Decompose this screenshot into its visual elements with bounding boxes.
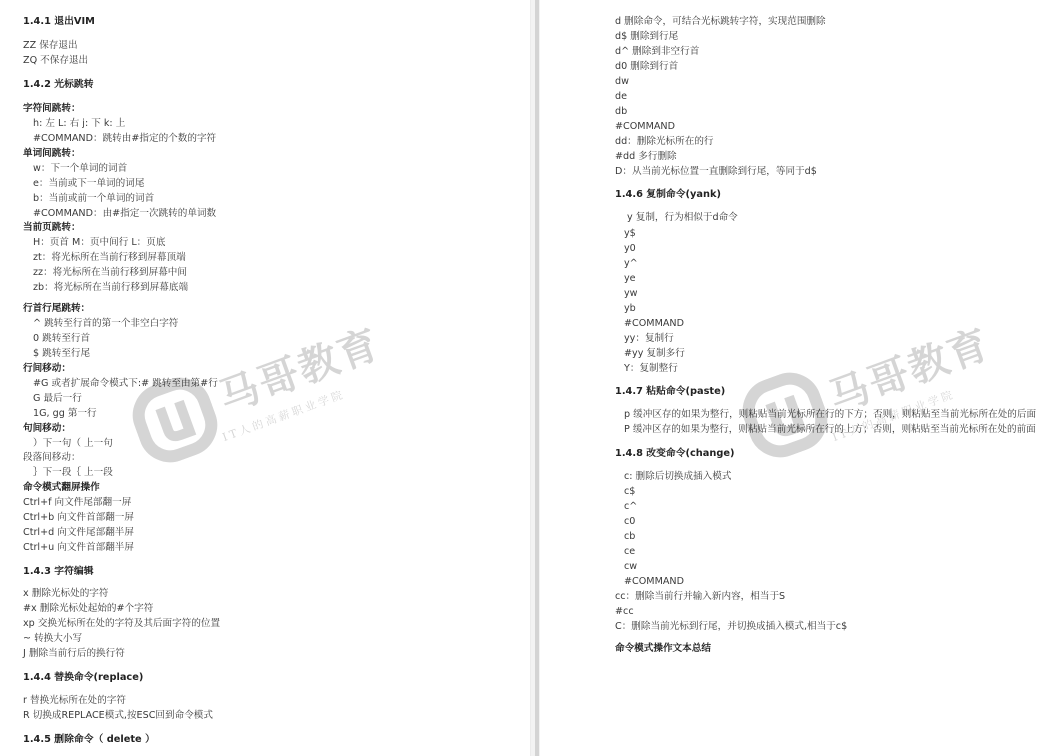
section-heading: 1.4.6 复制命令(yank) <box>615 189 721 201</box>
text-line: yw <box>624 288 638 300</box>
text-line: #x 删除光标处起始的#个字符 <box>23 603 153 615</box>
text-line: c$ <box>624 486 635 498</box>
text-line: d0 删除到行首 <box>615 61 678 73</box>
text-line: #dd 多行删除 <box>615 151 677 163</box>
text-line: zz：将光标所在当前行移到屏幕中间 <box>33 267 187 279</box>
text-line: #COMMAND <box>624 318 684 330</box>
text-line: zt：将光标所在当前行移到屏幕顶端 <box>33 252 186 264</box>
text-line: y$ <box>624 228 636 240</box>
text-line: w：下一个单词的词首 <box>33 163 127 175</box>
watermark-brand: 马哥教育 <box>210 313 387 424</box>
text-line: cb <box>624 531 635 543</box>
watermark: 马哥教育 IT人的高薪职业学院 <box>755 330 1035 470</box>
text-line: d^ 删除到非空行首 <box>615 46 699 58</box>
watermark: 马哥教育 IT人的高薪职业学院 <box>135 330 395 470</box>
text-line: R 切换成REPLACE模式,按ESC回到命令模式 <box>23 710 213 722</box>
text-line: #yy 复制多行 <box>624 348 685 360</box>
text-line: #cc <box>615 606 634 618</box>
section-heading: 1.4.8 改变命令(change) <box>615 448 734 460</box>
text-line: e：当前或下一单词的词尾 <box>33 178 144 190</box>
text-line: ）下一句（ 上一句 <box>33 438 113 450</box>
document-page-right: d 删除命令，可结合光标跳转字符，实现范围删除d$ 删除到行尾d^ 删除到非空行… <box>540 0 1057 756</box>
subsection-label: 单词间跳转： <box>23 148 81 160</box>
text-line: ~ 转换大小写 <box>23 633 82 645</box>
text-line: #COMMAND <box>624 576 684 588</box>
text-line: b：当前或前一个单词的词首 <box>33 193 154 205</box>
text-line: zb：将光标所在当前行移到屏幕底端 <box>33 282 188 294</box>
text-line: ce <box>624 546 635 558</box>
text-line: 段落间移动： <box>23 452 81 464</box>
subsection-label: 句间移动： <box>23 423 71 435</box>
text-line: x 删除光标处的字符 <box>23 588 108 600</box>
text-line: cc：删除当前行并输入新内容，相当于S <box>615 591 785 603</box>
text-line: yb <box>624 303 636 315</box>
subsection-label: 行首行尾跳转： <box>23 303 90 315</box>
text-line: J 删除当前行后的换行符 <box>23 648 125 660</box>
text-line: ZZ 保存退出 <box>23 40 78 52</box>
page-divider <box>530 0 540 756</box>
text-line: Y：复制整行 <box>624 363 678 375</box>
text-line: c: 删除后切换成插入模式 <box>624 471 732 483</box>
text-line: ZQ 不保存退出 <box>23 55 88 67</box>
text-line: 1G, gg 第一行 <box>33 408 97 420</box>
text-line: H：页首 M：页中间行 L：页底 <box>33 237 165 249</box>
section-heading: 1.4.1 退出VIM <box>23 16 95 28</box>
text-line: $ 跳转至行尾 <box>33 348 90 360</box>
document-page-left: 1.4.1 退出VIMZZ 保存退出ZQ 不保存退出1.4.2 光标跳转字符间跳… <box>0 0 530 756</box>
text-line: #COMMAND：由#指定一次跳转的单词数 <box>33 208 216 220</box>
text-line: C：删除当前光标到行尾，并切换成插入模式,相当于c$ <box>615 621 847 633</box>
text-line: ^ 跳转至行首的第一个非空白字符 <box>33 318 178 330</box>
text-line: r 替换光标所在处的字符 <box>23 695 126 707</box>
text-line: 0 跳转至行首 <box>33 333 90 345</box>
text-line: Ctrl+d 向文件尾部翻半屏 <box>23 527 134 539</box>
text-line: d$ 删除到行尾 <box>615 31 678 43</box>
text-line: c^ <box>624 501 637 513</box>
text-line: #COMMAND <box>615 121 675 133</box>
text-line: yy：复制行 <box>624 333 674 345</box>
text-line: #COMMAND：跳转由#指定的个数的字符 <box>33 133 216 145</box>
section-heading: 1.4.4 替换命令(replace) <box>23 672 143 684</box>
section-heading: 1.4.3 字符编辑 <box>23 566 94 578</box>
subsection-label: 行间移动： <box>23 363 71 375</box>
watermark-brand: 马哥教育 <box>820 313 997 424</box>
text-line: y 复制，行为相似于d命令 <box>627 212 738 224</box>
text-line: #G 或者扩展命令模式下:# 跳转至由第#行 <box>33 378 218 390</box>
text-line: xp 交换光标所在处的字符及其后面字符的位置 <box>23 618 220 630</box>
subsection-label: 字符间跳转： <box>23 103 81 115</box>
section-heading: 1.4.7 粘贴命令(paste) <box>615 386 725 398</box>
subsection-label: 命令模式操作文本总结 <box>615 643 711 655</box>
text-line: Ctrl+u 向文件首部翻半屏 <box>23 542 134 554</box>
text-line: c0 <box>624 516 635 528</box>
text-line: db <box>615 106 627 118</box>
text-line: P 缓冲区存的如果为整行，则粘贴当前光标所在行的上方；否则，则粘贴至当前光标所在… <box>624 424 1036 436</box>
text-line: dd：删除光标所在的行 <box>615 136 714 148</box>
subsection-label: 当前页跳转： <box>23 222 81 234</box>
text-line: dw <box>615 76 629 88</box>
text-line: p 缓冲区存的如果为整行，则粘贴当前光标所在行的下方；否则，则粘贴至当前光标所在… <box>624 409 1036 421</box>
text-line: y^ <box>624 258 638 270</box>
text-line: d 删除命令，可结合光标跳转字符，实现范围删除 <box>615 16 826 28</box>
subsection-label: 命令模式翻屏操作 <box>23 482 100 494</box>
section-heading: 1.4.5 删除命令（ delete ） <box>23 734 155 746</box>
text-line: Ctrl+b 向文件首部翻一屏 <box>23 512 134 524</box>
text-line: h: 左 L: 右 j: 下 k: 上 <box>33 118 125 130</box>
text-line: de <box>615 91 627 103</box>
text-line: cw <box>624 561 637 573</box>
text-line: G 最后一行 <box>33 393 82 405</box>
scrollbar[interactable] <box>535 0 539 756</box>
text-line: ye <box>624 273 636 285</box>
section-heading: 1.4.2 光标跳转 <box>23 79 94 91</box>
text-line: Ctrl+f 向文件尾部翻一屏 <box>23 497 131 509</box>
text-line: D：从当前光标位置一直删除到行尾，等同于d$ <box>615 166 817 178</box>
text-line: y0 <box>624 243 636 255</box>
watermark-slogan: IT人的高薪职业学院 <box>220 386 347 445</box>
text-line: ｝下一段｛ 上一段 <box>33 467 113 479</box>
